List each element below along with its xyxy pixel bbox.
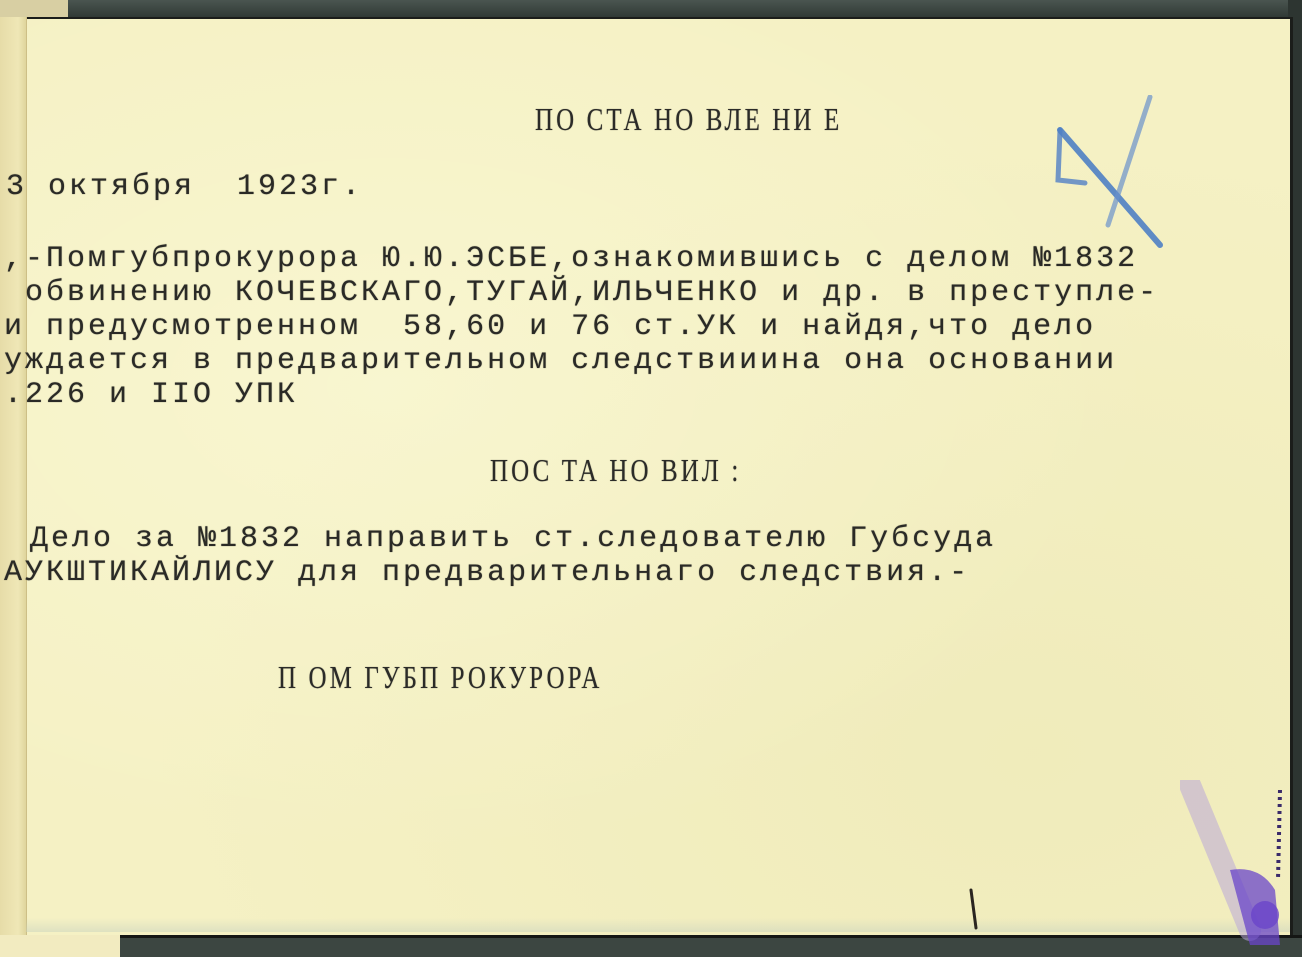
- body-line-5: .226 и IIO УПК: [4, 380, 298, 410]
- torn-bottom-edge: [120, 935, 1302, 957]
- resolution-line-1: Дело за №1832 направить ст.следователю Г…: [30, 524, 996, 554]
- paper-bottom-shadow: [26, 918, 1290, 932]
- signature-title: П ОМ ГУБП РОКУРОРА: [278, 662, 603, 692]
- body-line-4: уждается в предварительном следствииина …: [4, 346, 1117, 376]
- body-line-1: ,-Помгубпрокурора Ю.Ю.ЭСБЕ,ознакомившись…: [4, 244, 1138, 274]
- pencil-tick-mark-icon: [968, 888, 980, 933]
- violet-ink-smudge-icon: [1180, 780, 1292, 950]
- background-top-left-paper: [0, 0, 68, 18]
- body-line-3: и предусмотренном 58,60 и 76 ст.УК и най…: [4, 312, 1096, 342]
- resolution-heading: ПОС ТА НО ВИЛ :: [490, 455, 741, 485]
- body-line-2: обвинению КОЧЕВСКАГО,ТУГАЙ,ИЛЬЧЕНКО и др…: [4, 278, 1159, 308]
- paper-fold-left: [0, 17, 27, 957]
- blue-pencil-check-mark-icon: [1050, 95, 1180, 255]
- background-top: [0, 0, 1302, 18]
- paper-bottom-left-strip: [0, 935, 120, 957]
- resolution-line-2: АУКШТИКАЙЛИСУ для предварительнаго следс…: [4, 558, 970, 588]
- date-line: 3 октября 1923г.: [6, 172, 363, 202]
- document-title: ПО СТА НО ВЛЕ НИ Е: [535, 104, 842, 134]
